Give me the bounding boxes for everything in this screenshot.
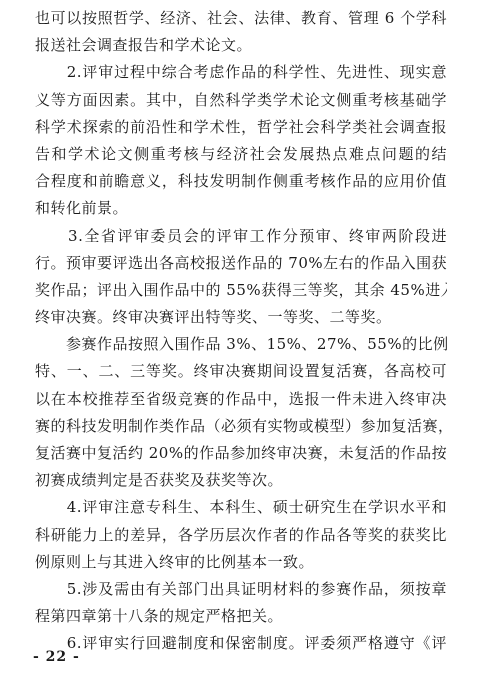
text-line: 合程度和前瞻意义，科技发明制作侧重考核作品的应用价值 — [35, 168, 447, 195]
text-line: 特、一、二、三等奖。终审决赛期间设置复活赛，各高校可 — [35, 358, 447, 385]
text-line: 行。预审要评选出各高校报送作品的 70%左右的作品入围获 — [35, 250, 447, 277]
text-line: 科研能力上的差异，各学历层次作者的作品各等奖的获奖比 — [35, 522, 447, 549]
document-page: 也可以按照哲学、经济、社会、法律、教育、管理 6 个学科报送社会调查报告和学术论… — [0, 0, 483, 684]
text-line: 也可以按照哲学、经济、社会、法律、教育、管理 6 个学科 — [35, 5, 447, 32]
text-line: 复活赛中复活约 20%的作品参加终审决赛，未复活的作品按 — [35, 440, 447, 467]
text-line: 告和学术论文侧重考核与经济社会发展热点难点问题的结 — [35, 141, 447, 168]
page-number: - 22 - — [33, 649, 80, 665]
text-line: 2.评审过程中综合考虑作品的科学性、先进性、现实意 — [35, 59, 447, 86]
text-line: 初赛成绩判定是否获奖及获奖等次。 — [35, 467, 447, 494]
text-line: 科学术探索的前沿性和学术性，哲学社会科学类社会调查报 — [35, 114, 447, 141]
text-line: 参赛作品按照入围作品 3%、15%、27%、55%的比例评出 — [35, 331, 447, 358]
text-line: 终审决赛。终审决赛评出特等奖、一等奖、二等奖。 — [35, 304, 447, 331]
text-line: 和转化前景。 — [35, 195, 447, 222]
text-line: 赛的科技发明制作类作品（必须有实物或模型）参加复活赛， — [35, 413, 447, 440]
text-line: 3.全省评审委员会的评审工作分预审、终审两阶段进 — [35, 223, 447, 250]
text-line: 奖作品；评出入围作品中的 55%获得三等奖，其余 45%进入 — [35, 277, 447, 304]
text-line: 5.涉及需由有关部门出具证明材料的参赛作品，须按章 — [35, 576, 447, 603]
text-line: 报送社会调查报告和学术论文。 — [35, 32, 447, 59]
document-body: 也可以按照哲学、经济、社会、法律、教育、管理 6 个学科报送社会调查报告和学术论… — [35, 5, 447, 658]
text-line: 义等方面因素。其中，自然科学类学术论文侧重考核基础学 — [35, 87, 447, 114]
text-line: 程第四章第十八条的规定严格把关。 — [35, 603, 447, 630]
text-line: 以在本校推荐至省级竞赛的作品中，选报一件未进入终审决 — [35, 386, 447, 413]
text-line: 4.评审注意专科生、本科生、硕士研究生在学识水平和 — [35, 494, 447, 521]
text-line: 例原则上与其进入终审的比例基本一致。 — [35, 549, 447, 576]
text-line: 6.评审实行回避制度和保密制度。评委须严格遵守《评 — [35, 630, 447, 657]
